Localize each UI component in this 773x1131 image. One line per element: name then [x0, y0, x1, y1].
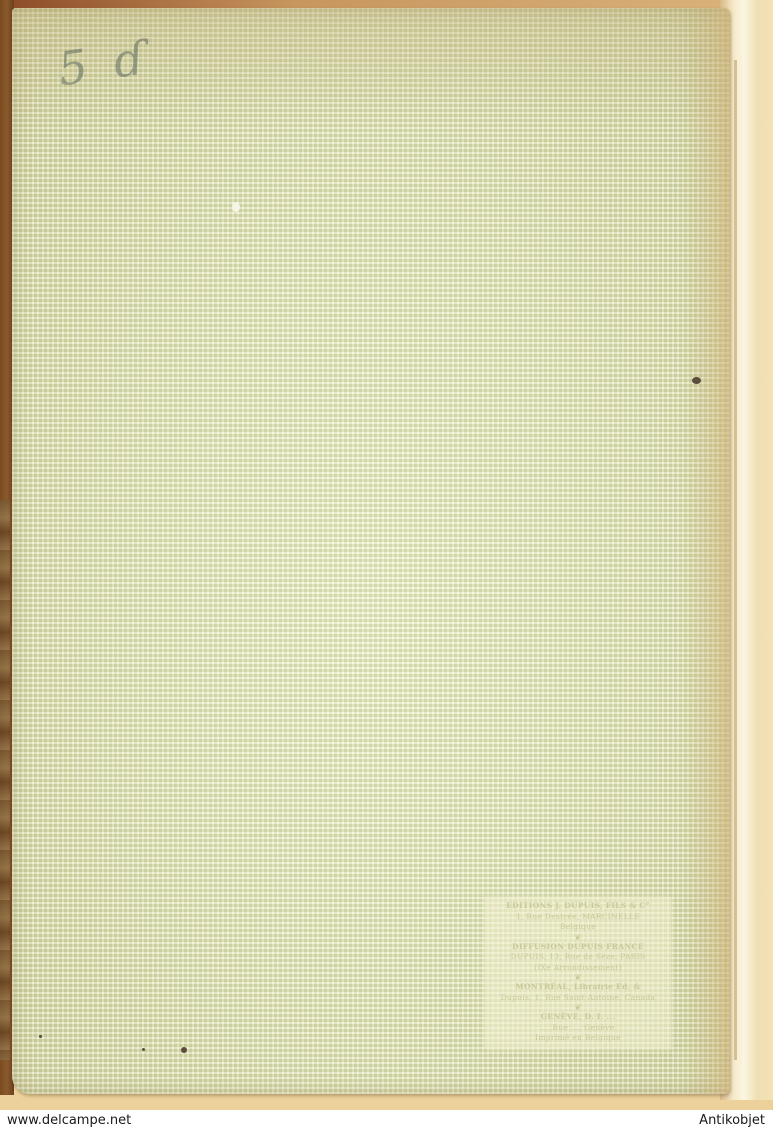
fleuron-separator-icon: ❦: [485, 933, 671, 942]
fleuron-separator-icon: ❦: [485, 973, 671, 982]
back-cover: 5 ɗ EDITIONS J. DUPUIS, FILS & C° 1, Rue…: [12, 8, 730, 1094]
publisher-label-line: DUPUIS, 13, Rue de Sèze, PARIS: [485, 952, 671, 963]
background-surface-top: [0, 0, 740, 8]
cover-blemish: [181, 1047, 187, 1053]
cover-blemish: [232, 202, 240, 212]
publisher-label-line: GENÈVE, D. I. ...: [485, 1012, 671, 1023]
cover-blemish: [692, 377, 701, 384]
cover-hinge-shading: [680, 8, 730, 1094]
publisher-label-line: 1, Rue Destrée, MARCINELLE: [485, 912, 671, 923]
publisher-label-line: (IXe Arrondissement): [485, 963, 671, 974]
publisher-label-line: ... Rue ..., Genève: [485, 1023, 671, 1034]
seller-watermark: Antikobjet: [699, 1113, 765, 1128]
cover-blemish: [142, 1048, 145, 1051]
watermark-footer: www.delcampe.net Antikobjet: [0, 1110, 773, 1131]
publisher-label-line: Imprimé en Belgique: [485, 1033, 671, 1044]
publisher-label-line: DIFFUSION DUPUIS FRANCE: [485, 942, 671, 953]
publisher-label-line: Dupuis, 1, Rue Saint-Antoine, Canada: [485, 993, 671, 1004]
book-photo: 5 ɗ EDITIONS J. DUPUIS, FILS & C° 1, Rue…: [0, 0, 773, 1110]
publisher-label: EDITIONS J. DUPUIS, FILS & C° 1, Rue Des…: [485, 897, 671, 1049]
site-watermark: www.delcampe.net: [7, 1113, 131, 1128]
cover-blemish: [39, 1035, 42, 1038]
fleuron-separator-icon: ❦: [485, 1003, 671, 1012]
publisher-label-line: Belgique: [485, 922, 671, 933]
publisher-label-line: MONTRÉAL, Librairie Ed. &: [485, 982, 671, 993]
publisher-label-line: EDITIONS J. DUPUIS, FILS & C°: [485, 901, 671, 912]
